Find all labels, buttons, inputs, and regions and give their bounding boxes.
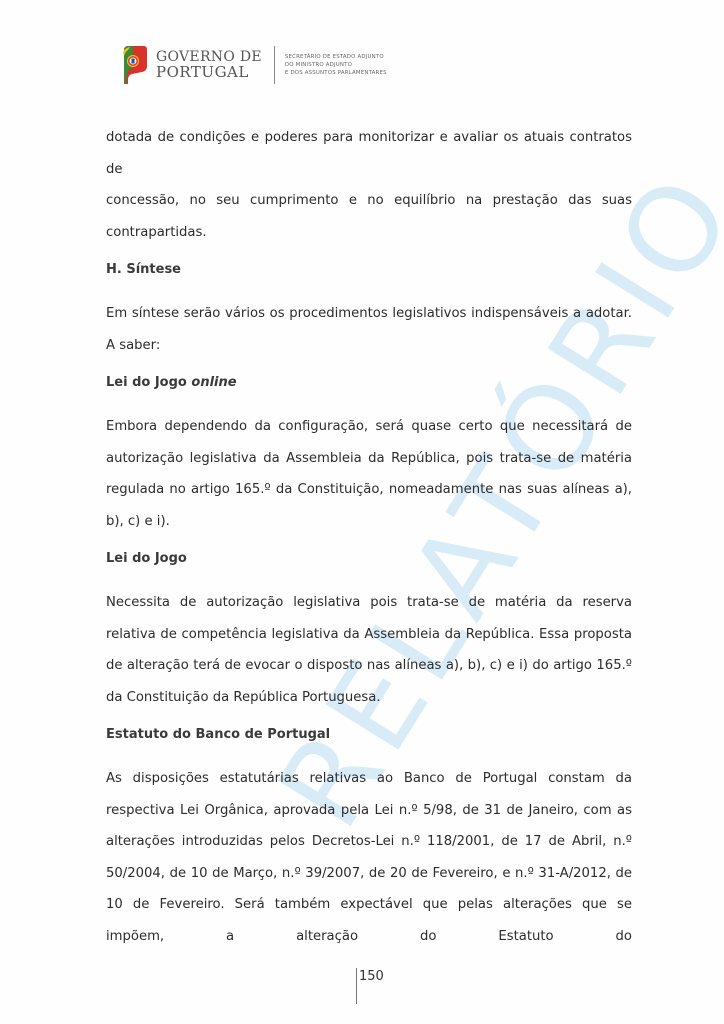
government-title: GOVERNO DE PORTUGAL	[156, 50, 262, 80]
heading-lei-jogo-online-main: Lei do Jogo	[106, 375, 191, 390]
jogo-paragraph: Necessita de autorização legislativa poi…	[106, 587, 632, 713]
page-number-text: 150	[359, 968, 384, 986]
secretary-block: SECRETÁRIO DE ESTADO ADJUNTO DO MINISTRO…	[285, 53, 387, 77]
intro-paragraph-line1: dotada de condições e poderes para monit…	[106, 122, 632, 185]
header-divider	[274, 46, 275, 84]
page-number-bar	[356, 968, 357, 1004]
banco-paragraph: As disposições estatutárias relativas ao…	[106, 763, 632, 952]
portugal-emblem-icon	[120, 44, 148, 86]
heading-lei-jogo: Lei do Jogo	[106, 549, 632, 569]
online-paragraph: Embora dependendo da configuração, será …	[106, 411, 632, 537]
heading-estatuto-banco: Estatuto do Banco de Portugal	[106, 725, 632, 745]
intro-paragraph-line2: concessão, no seu cumprimento e no equil…	[106, 185, 632, 248]
section-heading-sintese: H. Síntese	[106, 260, 632, 280]
page-number: 150	[356, 968, 384, 1004]
synthesis-paragraph: Em síntese serão vários os procedimentos…	[106, 298, 632, 361]
document-header: GOVERNO DE PORTUGAL SECRETÁRIO DE ESTADO…	[120, 40, 387, 90]
document-page: GOVERNO DE PORTUGAL SECRETÁRIO DE ESTADO…	[0, 0, 724, 1024]
heading-lei-jogo-online: Lei do Jogo online	[106, 373, 632, 393]
document-body: dotada de condições e poderes para monit…	[106, 122, 632, 952]
secretary-line: SECRETÁRIO DE ESTADO ADJUNTO	[285, 53, 387, 61]
heading-lei-jogo-online-italic: online	[191, 375, 236, 390]
government-title-line2: PORTUGAL	[156, 65, 262, 80]
secretary-line: E DOS ASSUNTOS PARLAMENTARES	[285, 69, 387, 77]
secretary-line: DO MINISTRO ADJUNTO	[285, 61, 387, 69]
